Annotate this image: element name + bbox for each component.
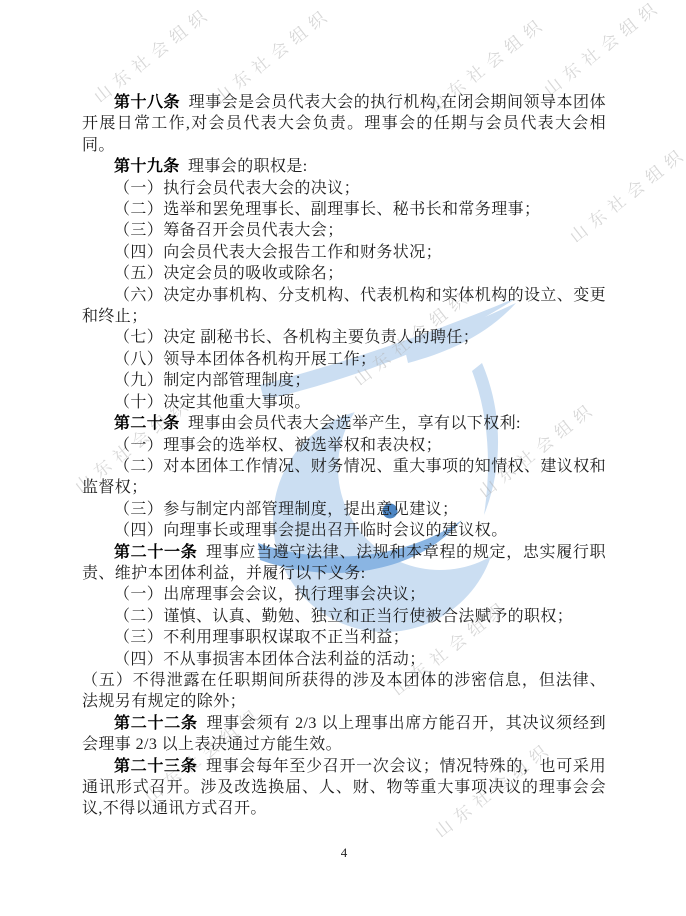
page-number: 4 (82, 845, 606, 861)
paragraph: （五）不得泄露在任职期间所获得的涉及本团体的涉密信息，但法律、法规另有规定的除外… (82, 670, 606, 713)
paragraph: （八）领导本团体各机构开展工作； (82, 349, 606, 370)
paragraph: （六）决定办事机构、分支机构、代表机构和实体机构的设立、变更和终止； (82, 285, 606, 328)
paragraph: （三）筹备召开会员代表大会； (82, 220, 606, 241)
paragraph: 第二十一条 理事应当遵守法律、法规和本章程的规定，忠实履行职责、维护本团体利益，… (82, 542, 606, 585)
paragraph: （三）参与制定内部管理制度，提出意见建议； (82, 499, 606, 520)
article-number: 第二十二条 (114, 715, 198, 732)
article-number: 第二十一条 (114, 544, 197, 561)
paragraph: （十）决定其他重大事项。 (82, 392, 606, 413)
paragraph: 第十九条 理事会的职权是: (82, 156, 606, 177)
article-number: 第二十三条 (114, 758, 197, 775)
paragraph: （二）选举和罢免理事长、副理事长、秘书长和常务理事； (82, 199, 606, 220)
paragraph: （四）向理事长或理事会提出召开临时会议的建议权。 (82, 520, 606, 541)
watermark-text: 山东社会组织 (537, 0, 666, 100)
paragraph: （九）制定内部管理制度； (82, 370, 606, 391)
paragraph: 第二十条 理事由会员代表大会选举产生，享有以下权利: (82, 413, 606, 434)
paragraph: （四）向会员代表大会报告工作和财务状况； (82, 242, 606, 263)
paragraph: （二）对本团体工作情况、财务情况、重大事项的知情权、建议权和监督权； (82, 456, 606, 499)
article-number: 第十八条 (114, 94, 180, 111)
paragraph: 第二十二条 理事会须有 2/3 以上理事出席方能召开，其决议须经到会理事 2/3… (82, 713, 606, 756)
paragraph: （一）理事会的选举权、被选举权和表决权； (82, 435, 606, 456)
paragraph: 第十八条 理事会是会员代表大会的执行机构,在闭会期间领导本团体开展日常工作,对会… (82, 92, 606, 156)
paragraph: （三）不利用理事职权谋取不正当利益； (82, 627, 606, 648)
document-text: 第十八条 理事会是会员代表大会的执行机构,在闭会期间领导本团体开展日常工作,对会… (82, 92, 606, 820)
paragraph: （五）决定会员的吸收或除名； (82, 263, 606, 284)
document-page: 山东社会组织山东社会组织山东社会组织山东社会组织山东社会组织山东社会组织山东社会… (0, 0, 686, 916)
paragraph: （一）出席理事会会议，执行理事会决议； (82, 584, 606, 605)
article-number: 第十九条 (114, 158, 180, 175)
paragraph: 第二十三条 理事会每年至少召开一次会议；情况特殊的，也可采用通讯形式召开。涉及改… (82, 756, 606, 820)
paragraph: （四）不从事损害本团体合法利益的活动； (82, 649, 606, 670)
article-number: 第二十条 (114, 415, 180, 432)
paragraph: （二）谨慎、认真、勤勉、独立和正当行使被合法赋予的职权； (82, 606, 606, 627)
paragraph: （七）决定 副秘书长、各机构主要负责人的聘任； (82, 327, 606, 348)
paragraph: （一）执行会员代表大会的决议； (82, 178, 606, 199)
